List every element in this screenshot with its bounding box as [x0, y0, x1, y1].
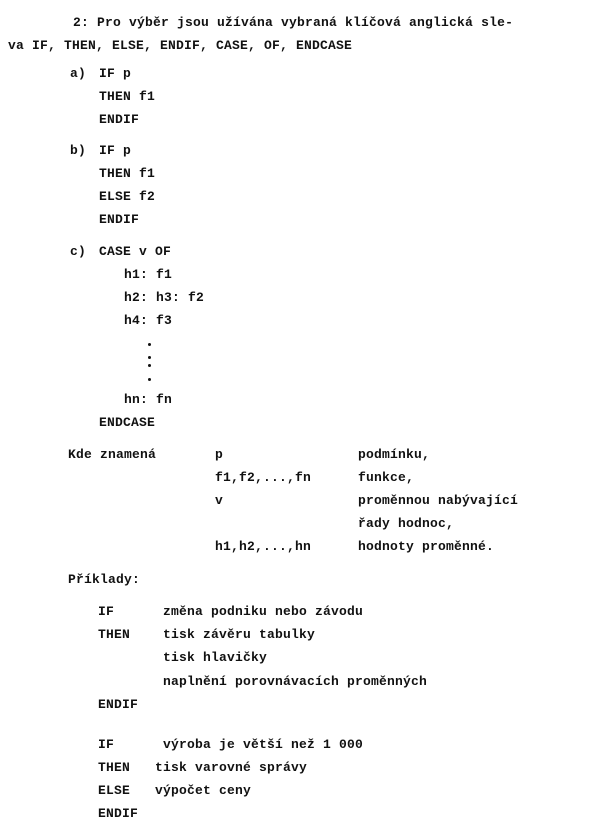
example-c-case: h2: h3: f2: [124, 290, 204, 306]
intro-line-1: 2: Pro výběr jsou užívána vybraná klíčov…: [73, 15, 513, 31]
example-b-line: THEN f1: [99, 166, 155, 182]
example-a-line: THEN f1: [99, 89, 155, 105]
example-2-text: tisk varovné správy: [155, 760, 307, 776]
example-1-keyword: ENDIF: [98, 697, 138, 713]
example-1-keyword: THEN: [98, 627, 130, 643]
legend-meaning: řady hodnoc,: [358, 516, 454, 532]
example-1-keyword: IF: [98, 604, 114, 620]
example-1-text: tisk závěru tabulky: [163, 627, 315, 643]
legend-symbol: f1,f2,...,fn: [215, 470, 311, 486]
example-b-label: b): [70, 143, 86, 159]
example-1-text: změna podniku nebo závodu: [163, 604, 363, 620]
example-2-keyword: ENDIF: [98, 806, 138, 822]
example-1-text: tisk hlavičky: [163, 650, 267, 666]
example-2-text: výpočet ceny: [155, 783, 251, 799]
legend-meaning: funkce,: [358, 470, 414, 486]
example-b-line: ENDIF: [99, 212, 139, 228]
example-2-keyword: ELSE: [98, 783, 130, 799]
example-2-keyword: THEN: [98, 760, 130, 776]
legend-title: Kde znamená: [68, 447, 156, 463]
example-a-line: ENDIF: [99, 112, 139, 128]
example-c-label: c): [70, 244, 86, 260]
example-2-text: výroba je větší než 1 000: [163, 737, 363, 753]
legend-symbol: h1,h2,...,hn: [215, 539, 311, 555]
example-1-text: naplnění porovnávacích proměnných: [163, 674, 427, 690]
example-c-last-case: hn: fn: [124, 392, 172, 408]
example-b-line: IF p: [99, 143, 131, 159]
example-c-end: ENDCASE: [99, 415, 155, 431]
example-a-label: a): [70, 66, 86, 82]
example-a-line: IF p: [99, 66, 131, 82]
legend-meaning: hodnoty proměnné.: [358, 539, 494, 555]
example-b-line: ELSE f2: [99, 189, 155, 205]
examples-title: Příklady:: [68, 572, 140, 588]
legend-meaning: proměnnou nabývající: [358, 493, 518, 509]
example-c-case: h1: f1: [124, 267, 172, 283]
example-c-case: h4: f3: [124, 313, 172, 329]
legend-symbol: v: [215, 493, 223, 509]
legend-symbol: p: [215, 447, 223, 463]
legend-meaning: podmínku,: [358, 447, 430, 463]
intro-line-2: va IF, THEN, ELSE, ENDIF, CASE, OF, ENDC…: [8, 38, 352, 54]
example-2-keyword: IF: [98, 737, 114, 753]
example-c-head: CASE v OF: [99, 244, 171, 260]
